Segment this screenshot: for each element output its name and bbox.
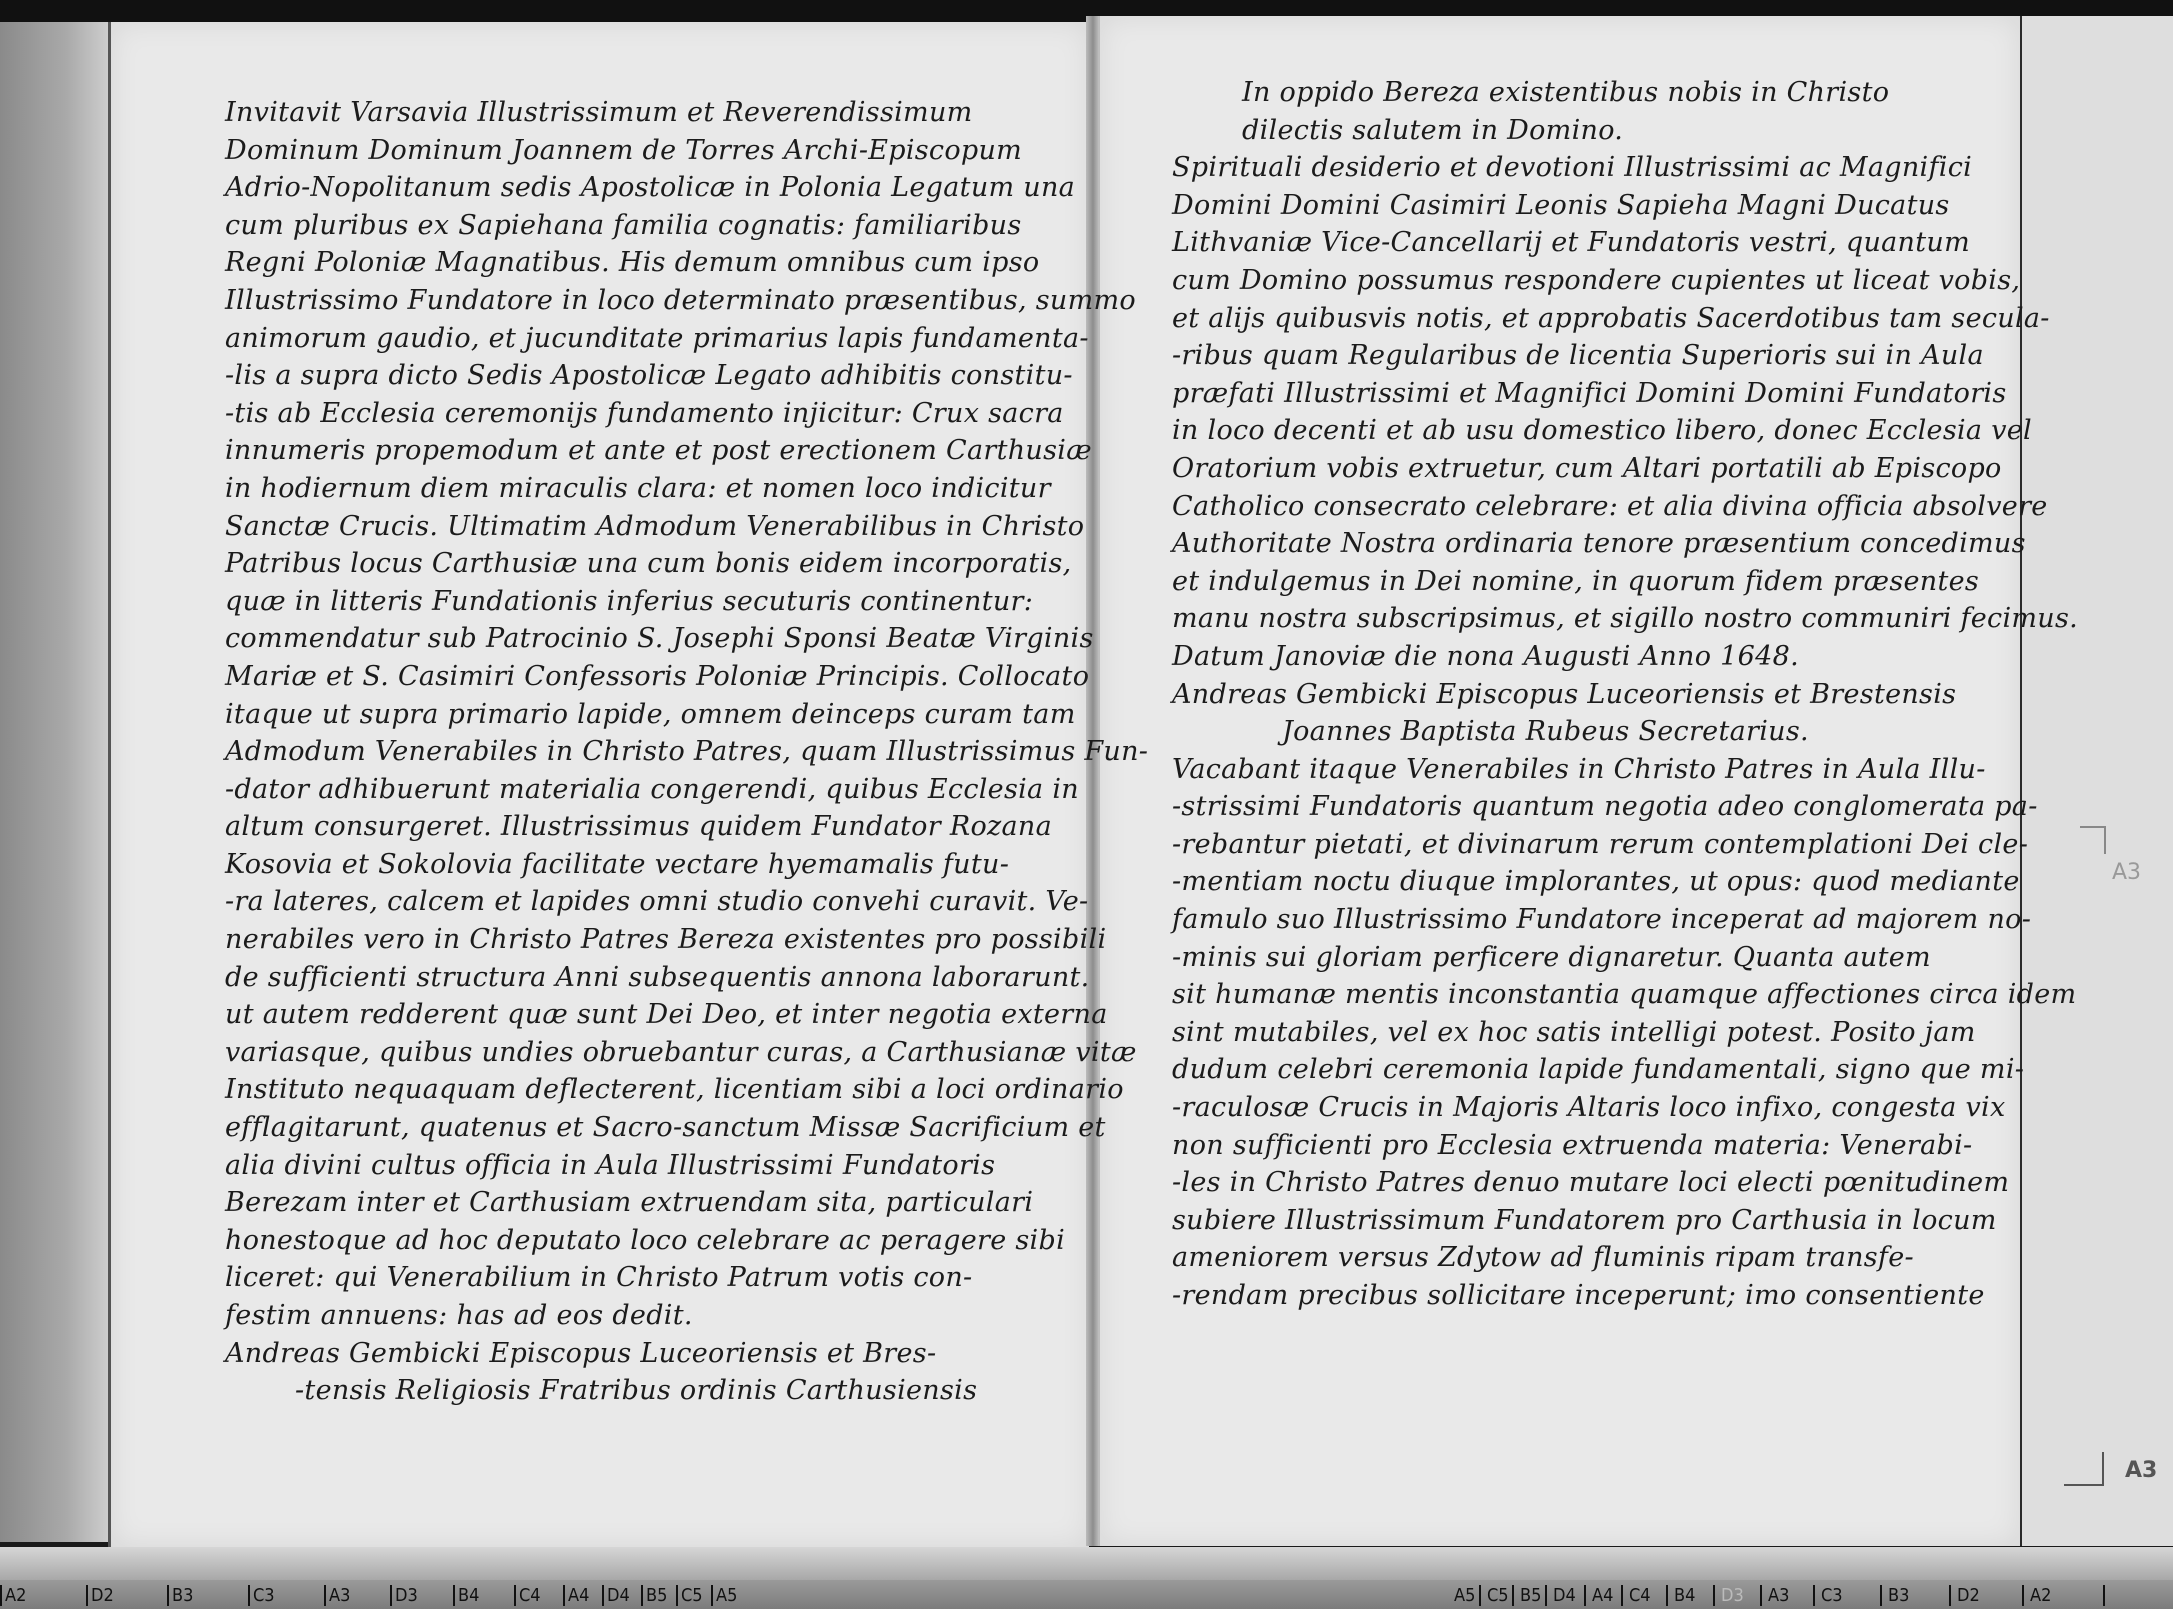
text-line: Invitavit Varsavia Illustrissimum et Rev… xyxy=(225,94,1148,132)
text-line: efflagitarunt, quatenus et Sacro-sanctum… xyxy=(225,1109,1148,1147)
film-code: D3 xyxy=(390,1585,453,1606)
address-line: In oppido Bereza existentibus nobis in C… xyxy=(1172,74,2078,112)
film-code: B4 xyxy=(1668,1585,1715,1606)
film-code: D4 xyxy=(602,1585,641,1606)
text-line: quæ in litteris Fundationis inferius sec… xyxy=(225,583,1148,621)
text-line: -dator adhibuerunt materialia congerendi… xyxy=(225,771,1148,809)
text-line: sit humanæ mentis inconstantia quamque a… xyxy=(1172,976,2078,1014)
text-line: et indulgemus in Dei nomine, in quorum f… xyxy=(1172,563,2078,601)
film-code: B4 xyxy=(453,1585,514,1606)
text-line: et alijs quibusvis notis, et approbatis … xyxy=(1172,300,2078,338)
date-line: Datum Janoviæ die nona Augusti Anno 1648… xyxy=(1172,638,2078,676)
film-code: A2 xyxy=(0,1585,86,1606)
text-line: honestoque ad hoc deputato loco celebrar… xyxy=(225,1222,1148,1260)
text-line: non sufficienti pro Ecclesia extruenda m… xyxy=(1172,1127,2078,1165)
text-line: cum Domino possumus respondere cupientes… xyxy=(1172,262,2078,300)
text-line: in hodiernum diem miraculis clara: et no… xyxy=(225,470,1148,508)
text-line: Dominum Dominum Joannem de Torres Archi-… xyxy=(225,132,1148,170)
text-line: Instituto nequaquam deflecterent, licent… xyxy=(225,1071,1148,1109)
text-line: liceret: qui Venerabilium in Christo Pat… xyxy=(225,1259,1148,1297)
text-line: Regni Poloniæ Magnatibus. His demum omni… xyxy=(225,244,1148,282)
text-line: in loco decenti et ab usu domestico libe… xyxy=(1172,412,2078,450)
signature-line: Andreas Gembicki Episcopus Luceoriensis … xyxy=(225,1335,1148,1373)
text-line: alia divini cultus officia in Aula Illus… xyxy=(225,1147,1148,1185)
film-code: C4 xyxy=(1623,1585,1668,1606)
text-line: Catholico consecrato celebrare: et alia … xyxy=(1172,488,2078,526)
text-line: -strissimi Fundatoris quantum negotia ad… xyxy=(1172,788,2078,826)
text-line: Authoritate Nostra ordinaria tenore præs… xyxy=(1172,525,2078,563)
text-line: -les in Christo Patres denuo mutare loci… xyxy=(1172,1164,2078,1202)
text-line: -ribus quam Regularibus de licentia Supe… xyxy=(1172,337,2078,375)
text-line: commendatur sub Patrocinio S. Josephi Sp… xyxy=(225,620,1148,658)
film-code: B3 xyxy=(1882,1585,1951,1606)
film-code: D4 xyxy=(1547,1585,1586,1606)
text-line: famulo suo Illustrissimo Fundatore incep… xyxy=(1172,901,2078,939)
film-code: C4 xyxy=(514,1585,563,1606)
text-line: manu nostra subscripsimus, et sigillo no… xyxy=(1172,600,2078,638)
text-line: Patribus locus Carthusiæ una cum bonis e… xyxy=(225,545,1148,583)
text-line: præfati Illustrissimi et Magnifici Domin… xyxy=(1172,375,2078,413)
text-line: -rebantur pietati, et divinarum rerum co… xyxy=(1172,826,2078,864)
film-code: A4 xyxy=(1586,1585,1623,1606)
text-line: ut autem redderent quæ sunt Dei Deo, et … xyxy=(225,996,1148,1034)
text-line: subiere Illustrissimum Fundatorem pro Ca… xyxy=(1172,1202,2078,1240)
film-code: B5 xyxy=(1514,1585,1547,1606)
film-left-margin xyxy=(0,22,110,1542)
film-code: A5 xyxy=(711,1585,746,1606)
text-line: animorum gaudio, et jucunditate primariu… xyxy=(225,320,1148,358)
text-line: de sufficienti structura Anni subsequent… xyxy=(225,959,1148,997)
text-line: variasque, quibus undies obruebantur cur… xyxy=(225,1034,1148,1072)
film-code-ruler-right: A5 C5 B5 D4 A4 C4 B4 D3 A3 C3 B3 D2 A2 xyxy=(1448,1582,2105,1608)
text-line: -lis a supra dicto Sedis Apostolicæ Lega… xyxy=(225,357,1148,395)
text-line: -minis sui gloriam perficere dignaretur.… xyxy=(1172,939,2078,977)
film-code: C5 xyxy=(1481,1585,1514,1606)
text-line: Spirituali desiderio et devotioni Illust… xyxy=(1172,149,2078,187)
film-code-ruler-left: A2 D2 B3 C3 A3 D3 B4 C4 A4 D4 B5 C5 A5 xyxy=(0,1582,746,1608)
text-line: itaque ut supra primario lapide, omnem d… xyxy=(225,696,1148,734)
text-line: cum pluribus ex Sapiehana familia cognat… xyxy=(225,207,1148,245)
left-page-text: Invitavit Varsavia Illustrissimum et Rev… xyxy=(225,94,1148,1410)
film-code: D3 xyxy=(1715,1585,1762,1606)
text-line: Adrio-Nopolitanum sedis Apostolicæ in Po… xyxy=(225,169,1148,207)
text-line: Illustrissimo Fundatore in loco determin… xyxy=(225,282,1148,320)
signature-line: Andreas Gembicki Episcopus Luceoriensis … xyxy=(1172,676,2078,714)
text-line: ameniorem versus Zdytow ad fluminis ripa… xyxy=(1172,1239,2078,1277)
text-line: -mentiam noctu diuque implorantes, ut op… xyxy=(1172,863,2078,901)
film-code: C5 xyxy=(676,1585,711,1606)
film-target-bracket xyxy=(2064,1452,2104,1486)
film-code: C3 xyxy=(248,1585,324,1606)
text-line: altum consurgeret. Illustrissimus quidem… xyxy=(225,808,1148,846)
text-line: -tis ab Ecclesia ceremonijs fundamento i… xyxy=(225,395,1148,433)
text-line: Admodum Venerabiles in Christo Patres, q… xyxy=(225,733,1148,771)
secretary-signature-line: Joannes Baptista Rubeus Secretarius. xyxy=(1172,713,2078,751)
right-page-text: In oppido Bereza existentibus nobis in C… xyxy=(1172,74,2078,1315)
film-target-bracket xyxy=(2080,826,2106,854)
address-line: dilectis salutem in Domino. xyxy=(1172,112,2078,150)
text-line: Vacabant itaque Venerabiles in Christo P… xyxy=(1172,751,2078,789)
text-line: -ra lateres, calcem et lapides omni stud… xyxy=(225,883,1148,921)
film-code: A5 xyxy=(1448,1585,1481,1606)
text-line: -raculosæ Crucis in Majoris Altaris loco… xyxy=(1172,1089,2078,1127)
film-code: A4 xyxy=(563,1585,602,1606)
text-line: Domini Domini Casimiri Leonis Sapieha Ma… xyxy=(1172,187,2078,225)
film-frame-label: A3 xyxy=(2125,1458,2157,1483)
film-frame-label: A3 xyxy=(2112,860,2141,885)
film-code: D2 xyxy=(1951,1585,2024,1606)
page-bottom-shadow xyxy=(0,1547,2173,1580)
text-line: sint mutabiles, vel ex hoc satis intelli… xyxy=(1172,1014,2078,1052)
text-line: innumeris propemodum et ante et post ere… xyxy=(225,432,1148,470)
text-line: Oratorium vobis extruetur, cum Altari po… xyxy=(1172,450,2078,488)
film-code: A3 xyxy=(324,1585,390,1606)
text-line: Kosovia et Sokolovia facilitate vectare … xyxy=(225,846,1148,884)
film-code: A2 xyxy=(2024,1585,2105,1606)
text-line: Mariæ et S. Casimiri Confessoris Poloniæ… xyxy=(225,658,1148,696)
text-line: nerabiles vero in Christo Patres Bereza … xyxy=(225,921,1148,959)
film-code: B5 xyxy=(641,1585,676,1606)
film-code: A3 xyxy=(1762,1585,1815,1606)
text-line: Berezam inter et Carthusiam extruendam s… xyxy=(225,1184,1148,1222)
text-line: Sanctæ Crucis. Ultimatim Admodum Venerab… xyxy=(225,508,1148,546)
film-code: D2 xyxy=(86,1585,167,1606)
text-line: Lithvaniæ Vice-Cancellarij et Fundatoris… xyxy=(1172,224,2078,262)
text-line: dudum celebri ceremonia lapide fundament… xyxy=(1172,1051,2078,1089)
film-code: B3 xyxy=(167,1585,248,1606)
signature-line: -tensis Religiosis Fratribus ordinis Car… xyxy=(225,1372,1148,1410)
text-line: festim annuens: has ad eos dedit. xyxy=(225,1297,1148,1335)
film-code: C3 xyxy=(1815,1585,1882,1606)
text-line: -rendam precibus sollicitare inceperunt;… xyxy=(1172,1277,2078,1315)
